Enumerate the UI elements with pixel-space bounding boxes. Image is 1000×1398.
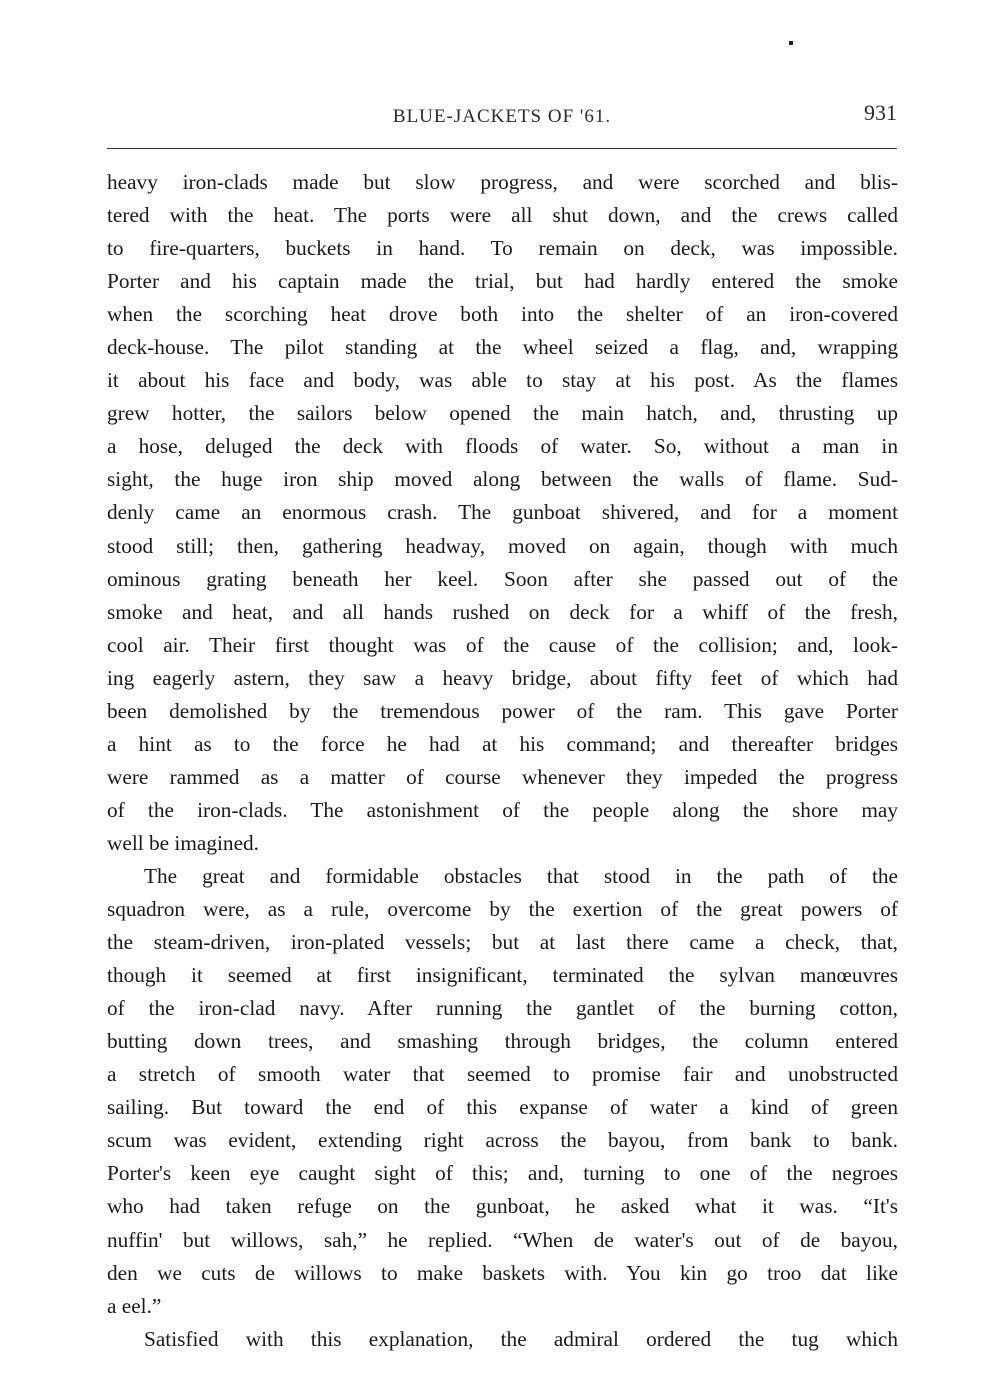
text-line: scum was evident, extending right across… <box>107 1124 898 1157</box>
text-line: cool air. Their first thought was of the… <box>107 629 898 662</box>
text-line: ominous grating beneath her keel. Soon a… <box>107 563 898 596</box>
header-rule <box>107 148 897 149</box>
text-line: squadron were, as a rule, overcome by th… <box>107 893 898 926</box>
text-line: were rammed as a matter of course whenev… <box>107 761 898 794</box>
scan-speck <box>789 41 793 45</box>
text-line: sight, the huge iron ship moved along be… <box>107 463 898 496</box>
text-line: heavy iron-clads made but slow progress,… <box>107 166 898 199</box>
text-line: a hose, deluged the deck with floods of … <box>107 430 898 463</box>
text-line: a hint as to the force he had at his com… <box>107 728 898 761</box>
paragraph-end-line: well be imagined. <box>107 827 898 860</box>
text-line: ing eagerly astern, they saw a heavy bri… <box>107 662 898 695</box>
running-title: BLUE-JACKETS OF '61. <box>107 106 897 128</box>
text-line: the steam-driven, iron-plated vessels; b… <box>107 926 898 959</box>
text-line: when the scorching heat drove both into … <box>107 298 898 331</box>
text-line: smoke and heat, and all hands rushed on … <box>107 596 898 629</box>
text-line: den we cuts de willows to make baskets w… <box>107 1257 898 1290</box>
text-line: Porter's keen eye caught sight of this; … <box>107 1157 898 1190</box>
text-line: nuffin' but willows, sah,” he replied. “… <box>107 1224 898 1257</box>
body-text: heavy iron-clads made but slow progress,… <box>107 166 898 1356</box>
paragraph-start-line: Satisfied with this explanation, the adm… <box>107 1323 898 1356</box>
text-line: deck-house. The pilot standing at the wh… <box>107 331 898 364</box>
text-line: to fire-quarters, buckets in hand. To re… <box>107 232 898 265</box>
text-line: though it seemed at first insignificant,… <box>107 959 898 992</box>
paragraph-end-line: a eel.” <box>107 1290 898 1323</box>
running-head: BLUE-JACKETS OF '61. 931 <box>107 100 897 136</box>
text-line: tered with the heat. The ports were all … <box>107 199 898 232</box>
paragraph-start-line: The great and formidable obstacles that … <box>107 860 898 893</box>
text-line: of the iron-clads. The astonishment of t… <box>107 794 898 827</box>
text-line: been demolished by the tremendous power … <box>107 695 898 728</box>
text-line: a stretch of smooth water that seemed to… <box>107 1058 898 1091</box>
text-line: denly came an enormous crash. The gunboa… <box>107 496 898 529</box>
text-line: Porter and his captain made the trial, b… <box>107 265 898 298</box>
page-number: 931 <box>864 100 897 126</box>
text-line: stood still; then, gathering headway, mo… <box>107 530 898 563</box>
text-line: grew hotter, the sailors below opened th… <box>107 397 898 430</box>
text-line: it about his face and body, was able to … <box>107 364 898 397</box>
text-line: of the iron-clad navy. After running the… <box>107 992 898 1025</box>
text-line: who had taken refuge on the gunboat, he … <box>107 1190 898 1223</box>
text-line: butting down trees, and smashing through… <box>107 1025 898 1058</box>
text-line: sailing. But toward the end of this expa… <box>107 1091 898 1124</box>
